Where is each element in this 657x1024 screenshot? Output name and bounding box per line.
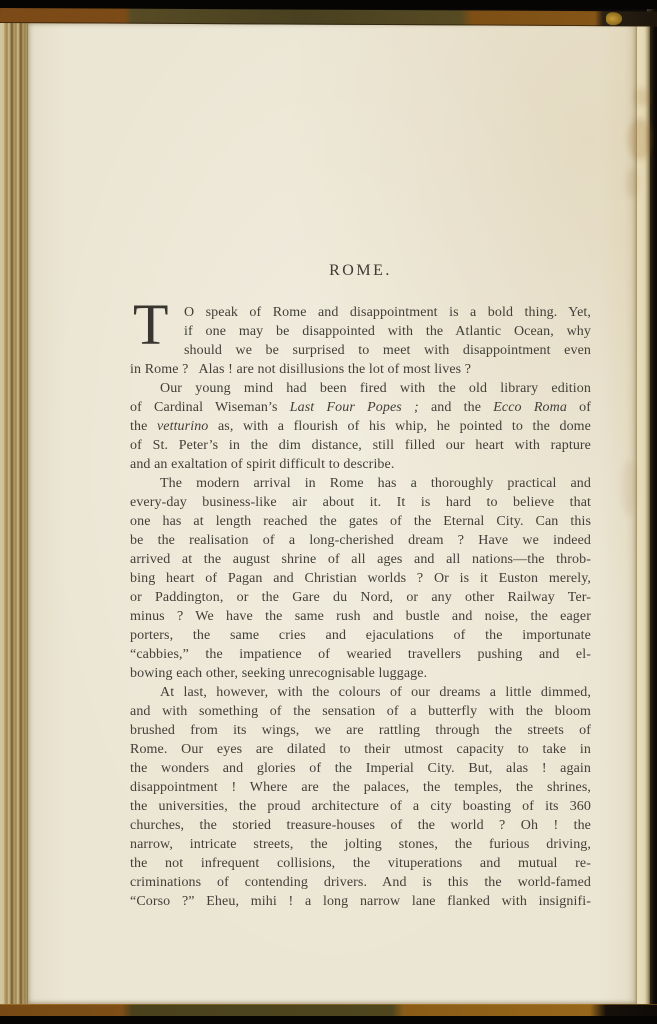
text-line: and with something of the sensation of a… bbox=[130, 702, 591, 721]
body-text: Our young mind had been fired with the o… bbox=[160, 381, 591, 396]
text-line: bing heart of Pagan and Christian worlds… bbox=[130, 569, 591, 588]
text-line: porters, the same cries and ejaculations… bbox=[130, 626, 591, 645]
gold-fray-detail bbox=[606, 12, 622, 25]
paragraph: TO speak of Rome and disappointment is a… bbox=[130, 303, 591, 379]
body-text: of St. Peter’s in the dim distance, stil… bbox=[130, 438, 591, 453]
foxing-stain bbox=[634, 88, 650, 106]
body-text: churches, the storied treasure-houses of… bbox=[130, 818, 591, 833]
paragraph: The modern arrival in Rome has a thoroug… bbox=[130, 474, 591, 683]
text-line: the universities, the proud architecture… bbox=[130, 797, 591, 816]
body-text: of Cardinal Wiseman’s bbox=[130, 400, 290, 415]
book-photo: ROME. TO speak of Rome and disappointmen… bbox=[0, 0, 657, 1024]
body-text: should we be surprised to meet with disa… bbox=[184, 343, 591, 358]
text-line: disappointment ! Where are the palaces, … bbox=[130, 778, 591, 797]
text-line: the not infrequent collisions, the vitup… bbox=[130, 854, 591, 873]
body-text: if one may be disappointed with the Atla… bbox=[184, 324, 591, 339]
body-text: bowing each other, seeking unrecognisabl… bbox=[130, 666, 427, 681]
paragraph: Our young mind had been fired with the o… bbox=[130, 379, 591, 474]
body-text: Rome. Our eyes are dilated to their utmo… bbox=[130, 742, 591, 757]
body-text: and the bbox=[419, 400, 494, 415]
body-text: The modern arrival in Rome has a thoroug… bbox=[160, 476, 591, 491]
next-page-edge bbox=[636, 24, 650, 1006]
text-line: or Paddington, or the Gare du Nord, or a… bbox=[130, 588, 591, 607]
text-line: every-day business-like air about it. It… bbox=[130, 493, 591, 512]
text-line: narrow, intricate streets, the jolting s… bbox=[130, 835, 591, 854]
text-line: the vetturino as, with a flourish of his… bbox=[130, 417, 591, 436]
text-line: At last, however, with the colours of ou… bbox=[130, 683, 591, 702]
body-text: in Rome ? Alas ! are not disillusions th… bbox=[130, 362, 471, 377]
body-text: porters, the same cries and ejaculations… bbox=[130, 628, 591, 643]
italic-text: Last Four Popes ; bbox=[290, 400, 419, 415]
text-line: arrived at the august shrine of all ages… bbox=[130, 550, 591, 569]
italic-text: vetturino bbox=[157, 419, 208, 434]
text-line: of Cardinal Wiseman’s Last Four Popes ; … bbox=[130, 398, 591, 417]
body-text: O speak of Rome and disappointment is a … bbox=[184, 305, 591, 320]
text-line: “cabbies,” the impatience of wearied tra… bbox=[130, 645, 591, 664]
body-text: and an exaltation of spirit difficult to… bbox=[130, 457, 394, 472]
body-text: “cabbies,” the impatience of wearied tra… bbox=[130, 647, 591, 662]
body-text: At last, however, with the colours of ou… bbox=[160, 685, 591, 700]
body-text: every-day business-like air about it. It… bbox=[130, 495, 591, 510]
text-line: in Rome ? Alas ! are not disillusions th… bbox=[130, 360, 591, 379]
text-line: if one may be disappointed with the Atla… bbox=[130, 322, 591, 341]
text-line: should we be surprised to meet with disa… bbox=[130, 341, 591, 360]
foxing-stain bbox=[622, 460, 636, 516]
foxing-stain bbox=[628, 118, 652, 160]
body-text: and with something of the sensation of a… bbox=[130, 704, 591, 719]
italic-text: Ecco Roma bbox=[493, 400, 567, 415]
text-line: brushed from its wings, we are rattling … bbox=[130, 721, 591, 740]
book-page: ROME. TO speak of Rome and disappointmen… bbox=[28, 22, 637, 1004]
body-text: “Corso ?” Eheu, mihi ! a long narrow lan… bbox=[130, 894, 591, 909]
text-line: minus ? We have the same rush and bustle… bbox=[130, 607, 591, 626]
body-text: be the realisation of a long-cherished d… bbox=[130, 533, 591, 548]
text-line: churches, the storied treasure-houses of… bbox=[130, 816, 591, 835]
body-text: one has at length reached the gates of t… bbox=[130, 514, 591, 529]
body-text: or Paddington, or the Gare du Nord, or a… bbox=[130, 590, 591, 605]
drop-cap: T bbox=[133, 301, 168, 349]
page-stack-left-edge bbox=[0, 18, 29, 1010]
page-title: ROME. bbox=[130, 262, 591, 280]
body-text: the universities, the proud architecture… bbox=[130, 799, 591, 814]
body-text: the wonders and glories of the Imperial … bbox=[130, 761, 591, 776]
body-text: criminations of contending drivers. And … bbox=[130, 875, 591, 890]
body-text: bing heart of Pagan and Christian worlds… bbox=[130, 571, 591, 586]
body-text: brushed from its wings, we are rattling … bbox=[130, 723, 591, 738]
foxing-stain bbox=[626, 168, 638, 198]
text-line: criminations of contending drivers. And … bbox=[130, 873, 591, 892]
body-text: the bbox=[130, 419, 157, 434]
body-text: minus ? We have the same rush and bustle… bbox=[130, 609, 591, 624]
text-line: “Corso ?” Eheu, mihi ! a long narrow lan… bbox=[130, 892, 591, 911]
text-line: be the realisation of a long-cherished d… bbox=[130, 531, 591, 550]
body-text: narrow, intricate streets, the jolting s… bbox=[130, 837, 591, 852]
text-line: bowing each other, seeking unrecognisabl… bbox=[130, 664, 591, 683]
body-text: as, with a flourish of his whip, he poin… bbox=[208, 419, 591, 434]
text-line: of St. Peter’s in the dim distance, stil… bbox=[130, 436, 591, 455]
body-text: disappointment ! Where are the palaces, … bbox=[130, 780, 591, 795]
text-line: Our young mind had been fired with the o… bbox=[130, 379, 591, 398]
text-line: O speak of Rome and disappointment is a … bbox=[130, 303, 591, 322]
text-line: one has at length reached the gates of t… bbox=[130, 512, 591, 531]
paragraph: At last, however, with the colours of ou… bbox=[130, 683, 591, 911]
text-line: Rome. Our eyes are dilated to their utmo… bbox=[130, 740, 591, 759]
text-line: the wonders and glories of the Imperial … bbox=[130, 759, 591, 778]
body-text: the not infrequent collisions, the vitup… bbox=[130, 856, 591, 871]
body-text: arrived at the august shrine of all ages… bbox=[130, 552, 591, 567]
background-bottom bbox=[0, 1016, 657, 1024]
body-text: of bbox=[567, 400, 591, 415]
text-line: The modern arrival in Rome has a thoroug… bbox=[130, 474, 591, 493]
text-line: and an exaltation of spirit difficult to… bbox=[130, 455, 591, 474]
text-block: TO speak of Rome and disappointment is a… bbox=[130, 303, 591, 911]
